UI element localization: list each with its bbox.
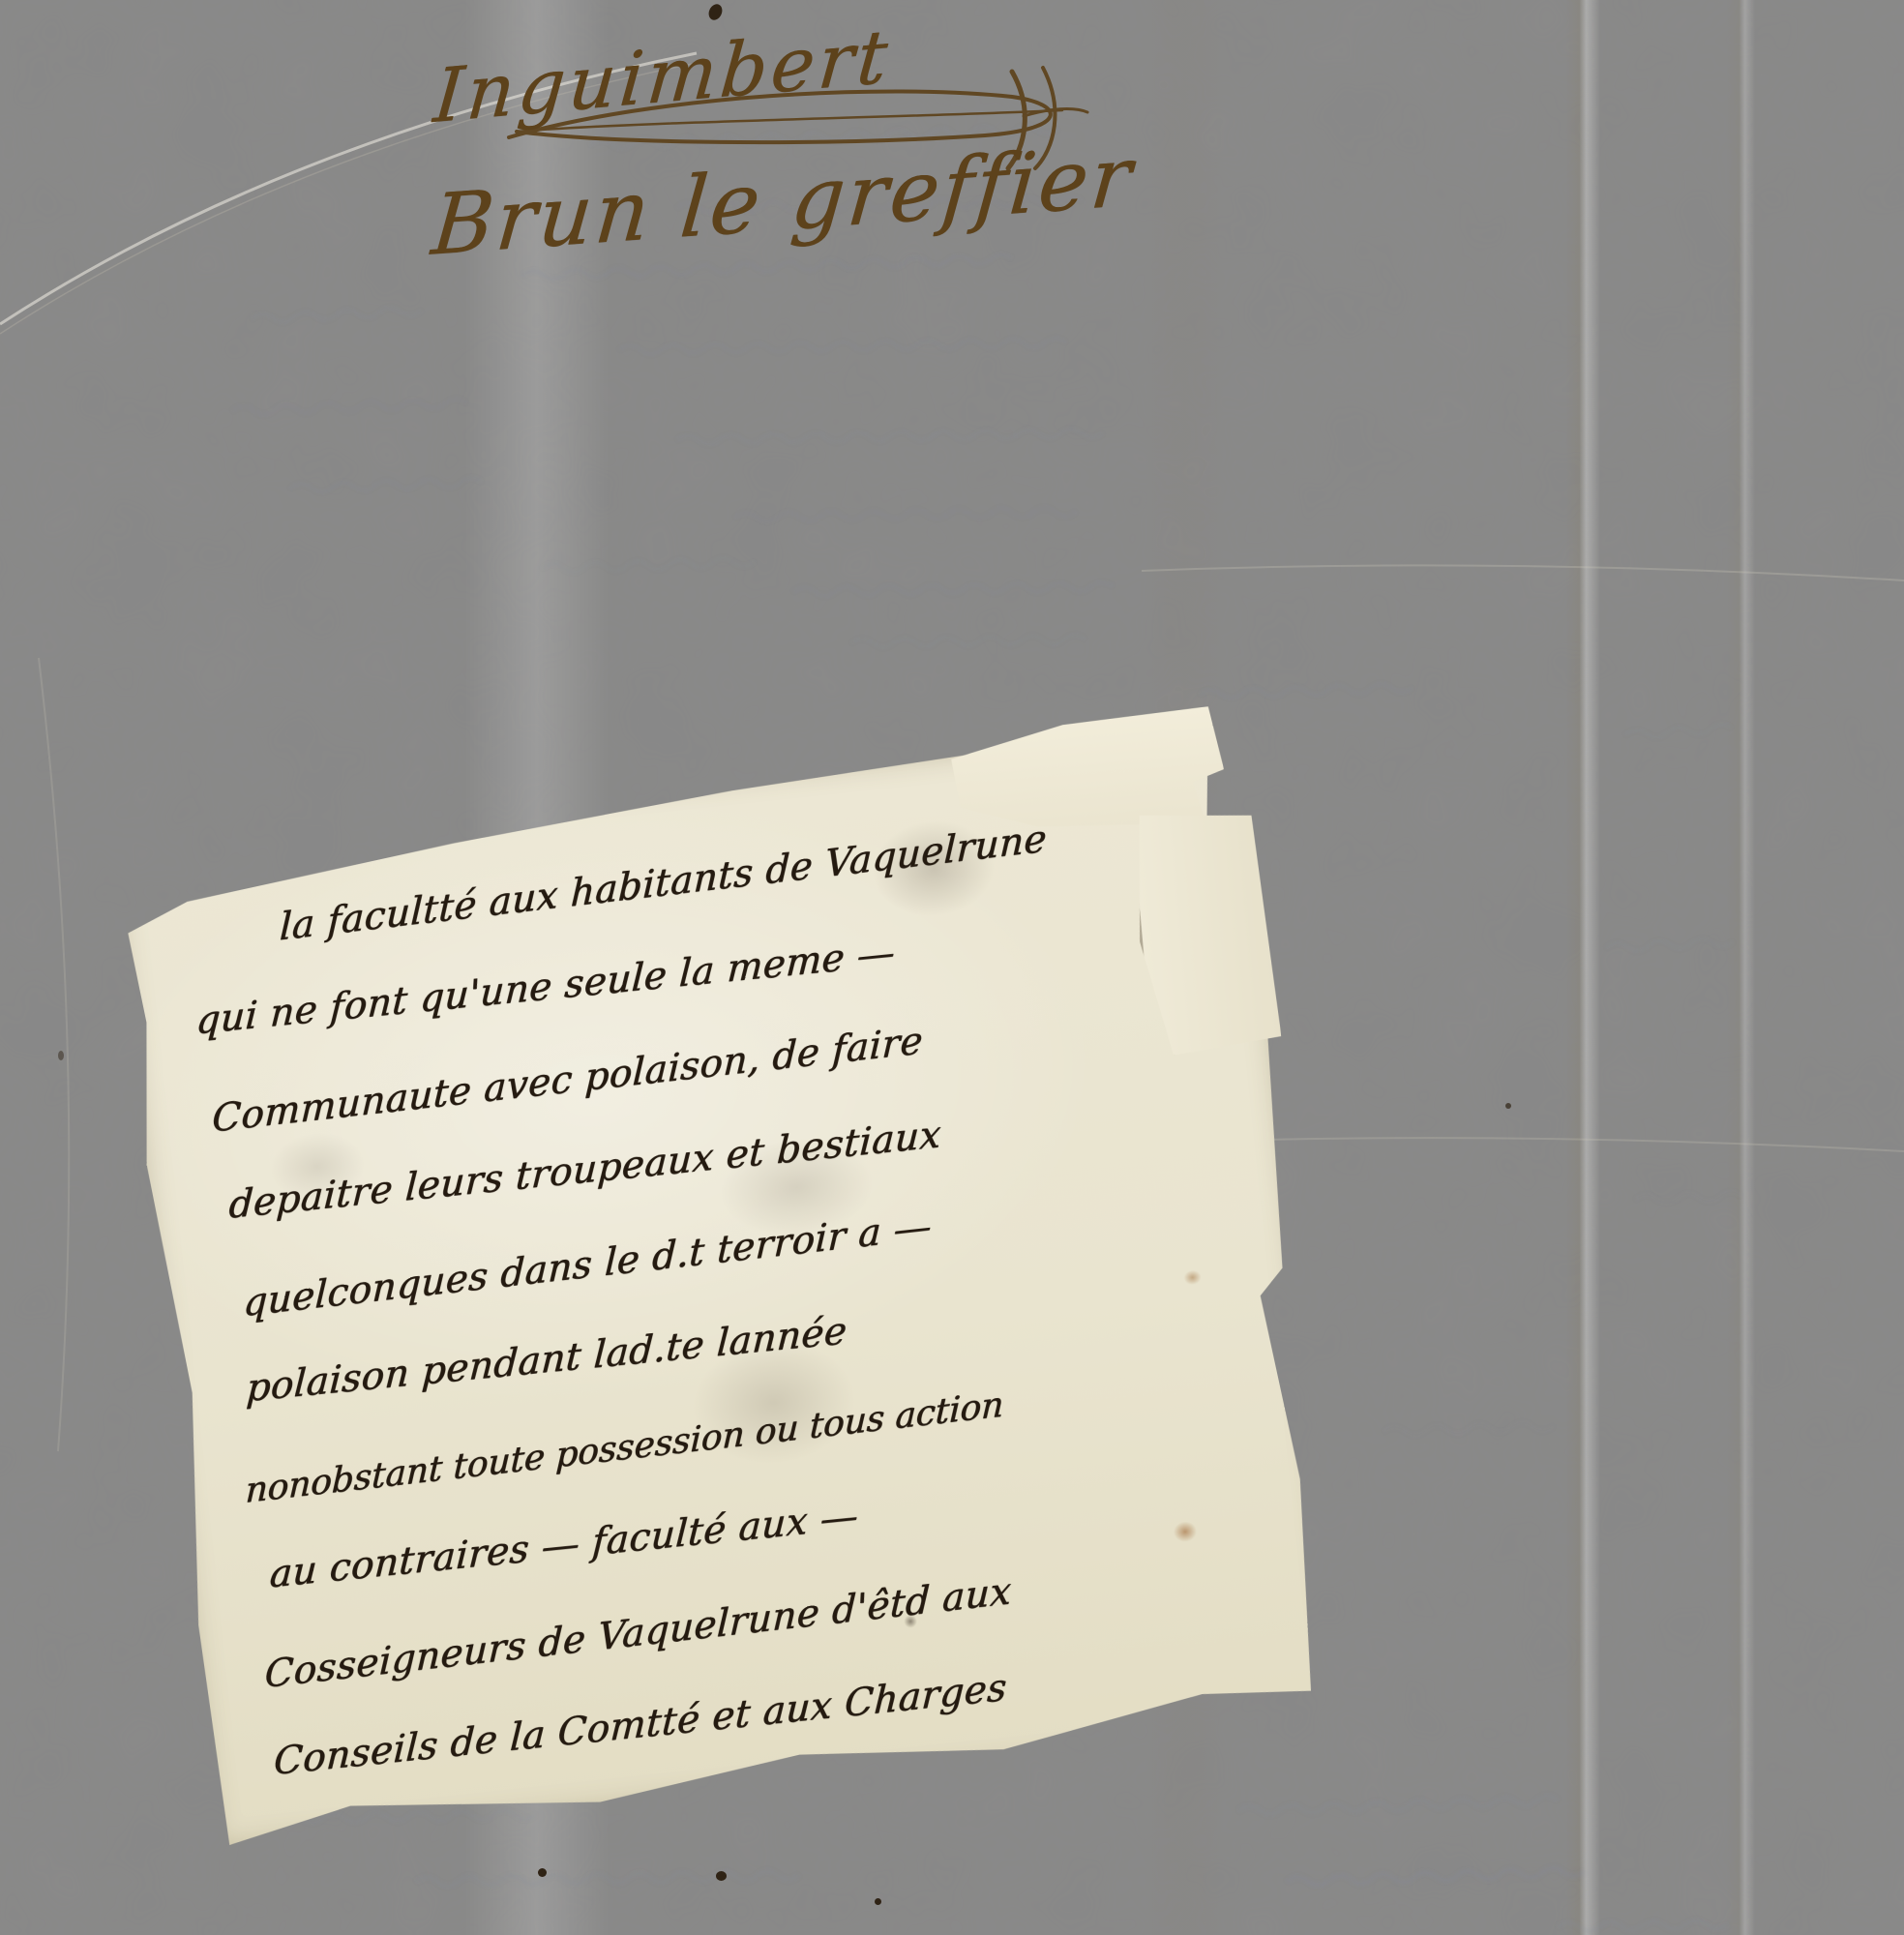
- ink-speck: [716, 1871, 727, 1881]
- ink-speck: [58, 1051, 64, 1060]
- ink-speck: [875, 1898, 881, 1905]
- attached-note-slip: la facultté aux habitants de Vaquelrune …: [113, 726, 1343, 1846]
- signature-greffier: Brun le greffier: [428, 128, 1137, 275]
- ink-speck: [1505, 1103, 1511, 1109]
- signature-secondary-text: Brun le greffier: [428, 128, 1137, 275]
- vertical-fold-line: [1565, 0, 1600, 1935]
- ink-speck: [706, 2, 725, 22]
- signature-inguimbert: Inguimbert: [431, 13, 895, 139]
- note-text-block: la facultté aux habitants de Vaquelrune …: [182, 782, 1280, 1810]
- ink-speck: [538, 1868, 547, 1877]
- manuscript-page: Inguimbert Brun le greffier la facultté …: [0, 0, 1904, 1935]
- vertical-fold-line-2: [1726, 0, 1755, 1935]
- signature-primary-text: Inguimbert: [431, 13, 895, 139]
